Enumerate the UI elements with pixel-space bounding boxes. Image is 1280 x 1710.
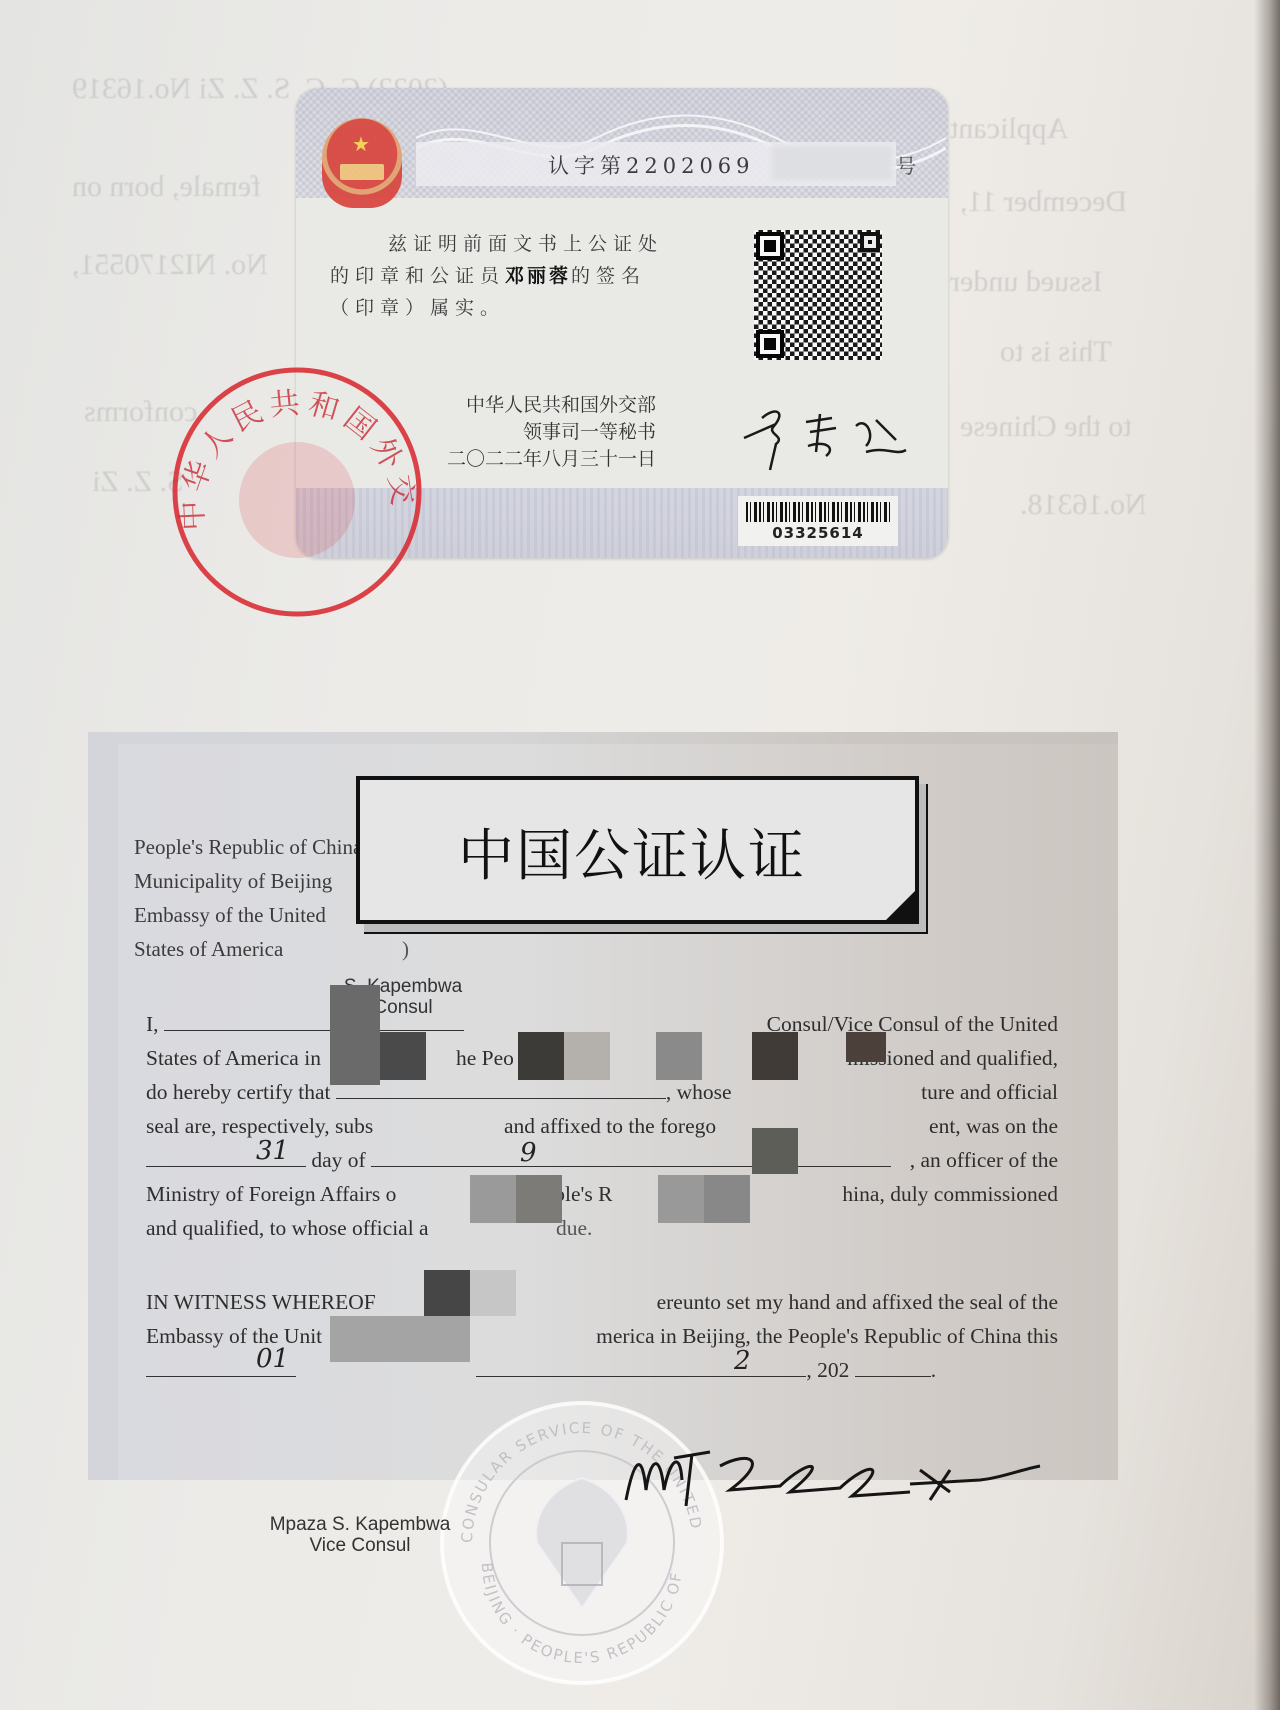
overlay-label-text: 中国公证认证 (458, 812, 806, 892)
bleed-line: No.16318. (1020, 488, 1147, 522)
mfa-red-seal: 中华人民共和国外交部领事司 (165, 360, 430, 625)
page-edge-shadow (1254, 0, 1280, 1710)
cert-line-7: and qualified, to whose official a due. (146, 1216, 1058, 1241)
bleed-line: to the Chinese (960, 410, 1132, 444)
handwritten-witness-day: 01 (256, 1344, 289, 1374)
cert-line-3: do hereby certify that , whose ture and … (146, 1080, 1058, 1105)
handwritten-day: 31 (256, 1136, 289, 1166)
consul-signature (620, 1430, 1060, 1520)
bracket: ) (402, 932, 409, 966)
cert-number: 认字第2202069 (548, 150, 755, 180)
barcode-icon (746, 502, 890, 522)
handwritten-year-digit: 2 (734, 1346, 751, 1376)
bleed-line: female, born on (72, 170, 261, 204)
venue-line: People's Republic of China (134, 830, 362, 864)
cert-statement: 兹证明前面文书上公证处 的印章和公证员邓丽蓉的签名 （印章）属实。 (330, 228, 710, 324)
qr-finder-pattern (860, 232, 880, 252)
bleed-line: Applicant (950, 112, 1068, 146)
bleed-line: December 11, (960, 185, 1127, 219)
barcode-number: 03325614 (738, 524, 898, 542)
notary-name: 邓丽蓉 (505, 265, 571, 287)
page-curl-icon (883, 887, 919, 923)
venue-line: States of America (134, 932, 362, 966)
cert-statement-line: 兹证明前面文书上公证处 (330, 228, 710, 260)
venue-line: Municipality of Beijing (134, 864, 362, 898)
witness-line-1: IN WITNESS WHEREOF ereunto set my hand a… (146, 1290, 1058, 1315)
bleed-line: This is to (1000, 335, 1112, 369)
signer-block: Mpaza S. Kapembwa Vice Consul (250, 1514, 470, 1556)
signer-title: Vice Consul (250, 1535, 470, 1556)
redaction-mask (772, 146, 892, 180)
cert-statement-line: 的印章和公证员邓丽蓉的签名 (330, 260, 710, 292)
cert-statement-line: （印章）属实。 (330, 292, 710, 324)
official-signature (736, 396, 916, 476)
national-emblem-icon: ★ (322, 118, 402, 208)
venue-line: Embassy of the United (134, 898, 362, 932)
handwritten-month: 9 (520, 1138, 537, 1168)
venue-block: People's Republic of China Municipality … (134, 830, 362, 966)
cert-number-suffix: 号 (896, 150, 916, 179)
signer-name: Mpaza S. Kapembwa (250, 1514, 470, 1535)
bleed-line: No. NI2170551, (72, 248, 268, 282)
cert-line-6: Ministry of Foreign Affairs o People's R… (146, 1182, 1058, 1207)
bleed-line: Issued under (950, 265, 1102, 299)
barcode[interactable]: 03325614 (738, 496, 898, 546)
